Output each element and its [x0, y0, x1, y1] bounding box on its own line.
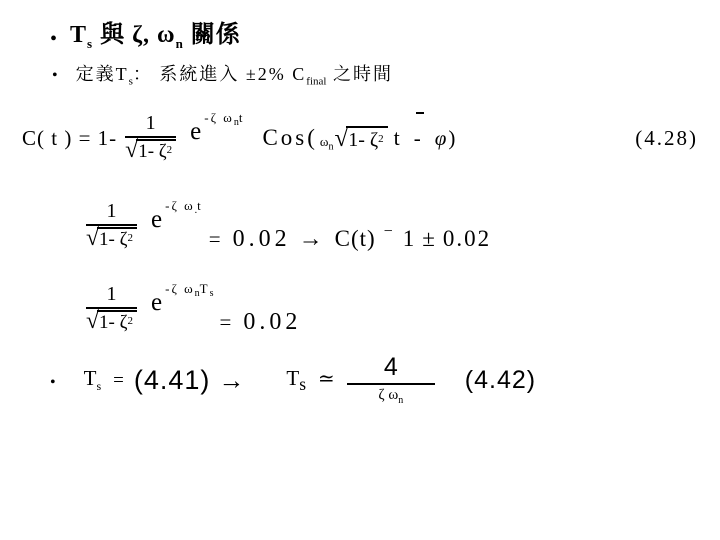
value: 0.02 — [233, 226, 291, 253]
radicand-text: 1- ζ — [348, 129, 378, 151]
value: 0.02 — [443, 226, 491, 252]
fraction-denominator: √1- ζ2 — [125, 138, 176, 163]
title-tail: 關係 — [184, 22, 241, 48]
def-mid: 系統進入 ±2% C — [153, 64, 306, 84]
title-row: • Ts 與 ζ, ωn 關係 — [50, 20, 241, 52]
equals-sign: = — [220, 310, 232, 335]
equation-label: (4.42) — [465, 366, 536, 395]
definition-row: • 定義Ts： 系統進入 ±2% Cfinal 之時間 — [52, 62, 393, 90]
omega-sub: n — [328, 141, 333, 152]
T-sub: s — [96, 380, 101, 394]
arrow-icon: → — [218, 366, 244, 396]
e-symbol: e — [151, 207, 162, 232]
den-text: ζ ω — [378, 387, 398, 403]
page-title: Ts 與 ζ, ωn 關係 — [70, 20, 241, 52]
equation-4-28: C( t ) = 1- 1 √1- ζ2 e -ζ ωnt Cos( ωn √1… — [22, 103, 698, 173]
result-row: • Ts = (4.41) → Ts ≃ 4 ζ ωn (4.42) — [50, 355, 536, 406]
equation-ref: (4.41) — [134, 365, 211, 396]
title-mid: 與 ζ, ω — [93, 22, 175, 48]
exponent: -ζ ωnt — [204, 111, 244, 136]
fraction-numerator: 1 — [125, 113, 176, 138]
def-colon: ： — [133, 64, 153, 84]
equals-sign: = — [209, 227, 221, 252]
fraction-denominator: ζ ωn — [347, 385, 435, 406]
radicand-exponent: 2 — [167, 144, 173, 156]
omega-n: ωn — [320, 134, 334, 153]
e-symbol: e — [151, 290, 162, 315]
fraction-numerator: 1 — [86, 201, 137, 226]
e-symbol: e — [190, 119, 201, 144]
equals-group: = 0.02 → C(t) − 1 ± 0.02 — [209, 226, 491, 253]
radicand-text: 1- ζ — [99, 312, 127, 333]
result-fraction: 4 ζ ωn — [347, 355, 435, 406]
exponent-tail: t — [239, 110, 245, 125]
equals-group: = 0.02 — [220, 309, 302, 336]
plus-minus-sign: ± — [422, 226, 435, 252]
equation-derivation-2: 1 √1- ζ2 e -ζ ωnTs = 0.02 — [86, 276, 301, 342]
one: 1 — [403, 226, 415, 252]
exponent: -ζ ω.t — [165, 199, 203, 224]
exponent: -ζ ωnTs — [165, 282, 213, 307]
fraction-numerator: 4 — [347, 355, 435, 385]
ts-symbol: Ts — [84, 366, 102, 394]
radicand-text: 1- ζ — [99, 229, 127, 250]
exponent-pre: -ζ ω — [165, 281, 195, 296]
fraction-denominator: √1- ζ2 — [86, 309, 137, 334]
arrow-icon: → — [299, 226, 323, 253]
definition-text: 定義Ts： 系統進入 ±2% Cfinal 之時間 — [76, 62, 393, 90]
sqrt-group: √1- ζ2 — [334, 126, 387, 151]
eq1-lhs: C( t ) = 1- — [22, 126, 117, 151]
value: 0.02 — [243, 309, 301, 336]
def-tail: 之時間 — [326, 64, 393, 84]
radicand: 1- ζ2 — [97, 310, 137, 334]
exponent-T-sub: s — [210, 288, 214, 299]
title-T: T — [70, 22, 87, 48]
equals-sign: = — [113, 370, 124, 392]
den-sub: n — [398, 395, 403, 406]
stray-mark — [416, 112, 424, 114]
exponent-T: T — [200, 281, 210, 296]
raised-minus: − — [384, 223, 393, 241]
bullet-marker: • — [50, 29, 57, 49]
fraction-denominator: √1- ζ2 — [86, 226, 137, 251]
def-final-sub: final — [306, 76, 326, 88]
radicand: 1- ζ2 — [136, 139, 176, 163]
equation-derivation-1: 1 √1- ζ2 e -ζ ω.t = 0.02 → C(t) − 1 ± 0.… — [86, 193, 491, 259]
def-pre: 定義T — [76, 64, 129, 84]
exp-term: e -ζ ωnTs — [151, 290, 214, 315]
slide: • Ts 與 ζ, ωn 關係 • 定義Ts： 系統進入 ±2% Cfinal … — [0, 0, 720, 540]
radicand-exponent: 2 — [128, 315, 134, 327]
fraction: 1 √1- ζ2 — [86, 284, 137, 334]
fraction: 1 √1- ζ2 — [86, 201, 137, 251]
fraction-numerator: 1 — [86, 284, 137, 309]
ts-symbol: Ts — [286, 366, 306, 395]
title-omega-sub: n — [176, 36, 184, 51]
T-sub: s — [299, 374, 306, 394]
fraction: 1 √1- ζ2 — [125, 113, 176, 163]
T: T — [286, 366, 299, 390]
approx-sign: ≃ — [318, 366, 335, 391]
t-variable: t — [394, 125, 400, 151]
minus-sign: - — [414, 126, 421, 151]
radicand-exponent: 2 — [128, 232, 134, 244]
exponent-tail: t — [197, 198, 203, 213]
radicand-text: 1- ζ — [138, 141, 166, 162]
bullet-marker: • — [50, 375, 56, 391]
T: T — [84, 366, 97, 390]
exponent-pre: -ζ ω — [165, 198, 195, 213]
exp-term: e -ζ ωnt — [190, 119, 244, 144]
ct-text: C(t) — [335, 226, 376, 252]
close-paren: ) — [448, 126, 455, 151]
radicand: 1- ζ2 — [346, 126, 387, 151]
cos-text: Cos( — [262, 125, 317, 151]
radicand-exponent: 2 — [378, 133, 384, 145]
radicand: 1- ζ2 — [97, 227, 137, 251]
phi-symbol: φ — [435, 126, 447, 151]
exp-term: e -ζ ω.t — [151, 207, 203, 232]
bullet-marker: • — [52, 68, 58, 84]
equation-label: (4.28) — [635, 126, 698, 151]
exponent-pre: -ζ ω — [204, 110, 234, 125]
